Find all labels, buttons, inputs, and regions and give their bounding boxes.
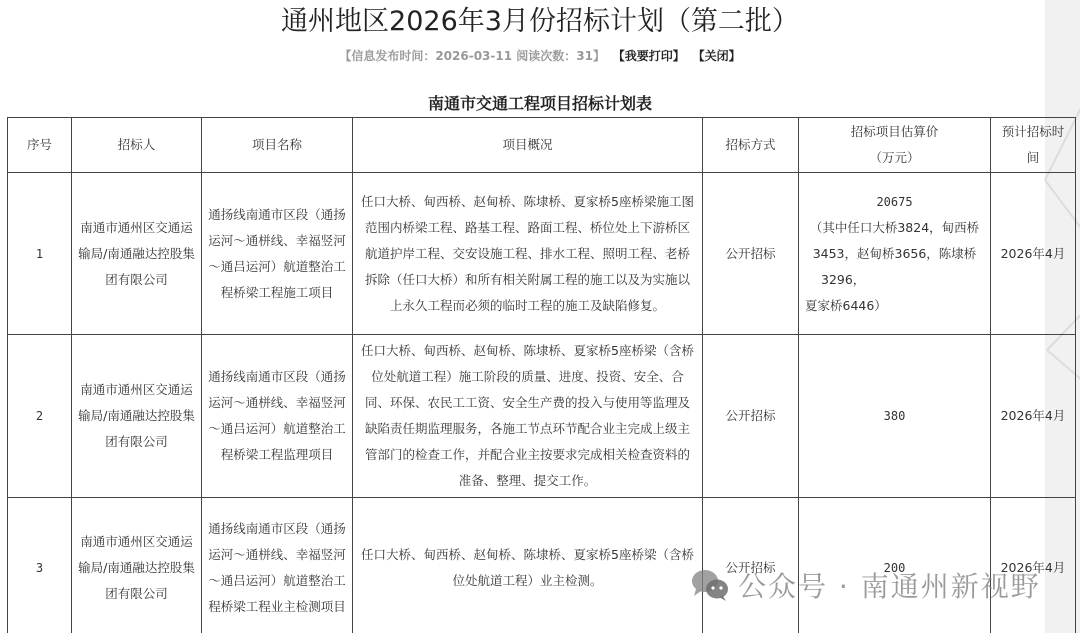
cell-no: 3 — [8, 498, 72, 633]
estimate-total: 20675 — [805, 189, 984, 215]
table-header-row: 序号 招标人 项目名称 项目概况 招标方式 招标项目估算价 （万元） 预计招标时… — [8, 118, 1076, 173]
watermark: 公众号 · 南通州新视野 — [690, 565, 1041, 605]
cell-time: 2026年4月 — [991, 173, 1076, 335]
publish-info: 【信息发布时间：2026-03-11 阅读次数：31】 — [339, 49, 605, 63]
cell-no: 1 — [8, 173, 72, 335]
cell-project-name: 通扬线南通市区段（通扬运河～通栟线、幸福竖河～通吕运河）航道整治工程桥梁工程施工… — [202, 173, 353, 335]
close-link[interactable]: 【关闭】 — [693, 49, 741, 63]
header-project-name: 项目名称 — [202, 118, 353, 173]
wechat-icon — [690, 568, 730, 602]
header-estimate-label: 招标项目估算价 — [805, 119, 984, 145]
print-link[interactable]: 【我要打印】 — [613, 49, 685, 63]
cell-estimate: 380 — [799, 335, 991, 498]
article-meta: 【信息发布时间：2026-03-11 阅读次数：31】 【我要打印】 【关闭】 — [0, 46, 1080, 66]
cell-time: 2026年4月 — [991, 335, 1076, 498]
cell-estimate: 20675 （其中任口大桥3824，甸西桥 3453，赵甸桥3656，陈埭桥 3… — [799, 173, 991, 335]
cell-method: 公开招标 — [703, 173, 799, 335]
estimate-detail-4: 夏家桥6446） — [805, 293, 984, 319]
header-tenderer: 招标人 — [72, 118, 202, 173]
page-title: 通州地区2026年3月份招标计划（第二批） — [0, 2, 1080, 42]
cell-no: 2 — [8, 335, 72, 498]
header-no: 序号 — [8, 118, 72, 173]
table-title: 南通市交通工程项目招标计划表 — [0, 92, 1080, 116]
header-overview: 项目概况 — [353, 118, 703, 173]
header-estimate-unit: （万元） — [805, 145, 984, 171]
cell-project-name: 通扬线南通市区段（通扬运河～通栟线、幸福竖河～通吕运河）航道整治工程桥梁工程监理… — [202, 335, 353, 498]
watermark-text: 公众号 · 南通州新视野 — [738, 565, 1041, 605]
table-row: 1 南通市通州区交通运输局/南通融达控股集团有限公司 通扬线南通市区段（通扬运河… — [8, 173, 1076, 335]
cell-overview: 任口大桥、甸西桥、赵甸桥、陈埭桥、夏家桥5座桥梁（含桥位处航道工程）业主检测。 — [353, 498, 703, 633]
cell-overview: 任口大桥、甸西桥、赵甸桥、陈埭桥、夏家桥5座桥梁（含桥位处航道工程）施工阶段的质… — [353, 335, 703, 498]
estimate-detail-3: 3296， — [805, 267, 984, 293]
cell-project-name: 通扬线南通市区段（通扬运河～通栟线、幸福竖河～通吕运河）航道整治工程桥梁工程业主… — [202, 498, 353, 633]
cell-tenderer: 南通市通州区交通运输局/南通融达控股集团有限公司 — [72, 335, 202, 498]
header-method: 招标方式 — [703, 118, 799, 173]
cell-tenderer: 南通市通州区交通运输局/南通融达控股集团有限公司 — [72, 173, 202, 335]
table-row: 2 南通市通州区交通运输局/南通融达控股集团有限公司 通扬线南通市区段（通扬运河… — [8, 335, 1076, 498]
cell-method: 公开招标 — [703, 335, 799, 498]
estimate-detail-1: （其中任口大桥3824，甸西桥 — [805, 215, 984, 241]
header-time: 预计招标时间 — [991, 118, 1076, 173]
tender-plan-table: 序号 招标人 项目名称 项目概况 招标方式 招标项目估算价 （万元） 预计招标时… — [7, 117, 1076, 633]
header-estimate: 招标项目估算价 （万元） — [799, 118, 991, 173]
cell-tenderer: 南通市通州区交通运输局/南通融达控股集团有限公司 — [72, 498, 202, 633]
cell-overview: 任口大桥、甸西桥、赵甸桥、陈埭桥、夏家桥5座桥梁施工图范围内桥梁工程、路基工程、… — [353, 173, 703, 335]
estimate-detail-2: 3453，赵甸桥3656，陈埭桥 — [805, 241, 984, 267]
